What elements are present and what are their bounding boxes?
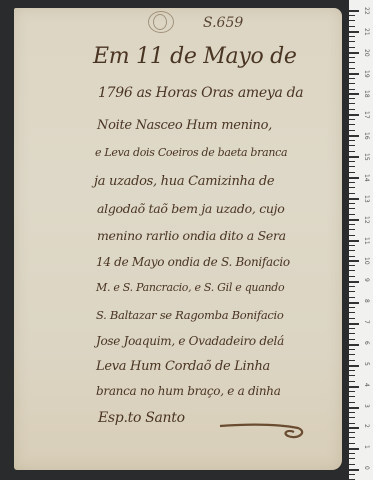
ruler-minor-tick xyxy=(349,109,355,110)
ruler-minor-tick xyxy=(349,15,355,16)
ruler-minor-tick xyxy=(349,453,355,454)
text-line: 14 de Mayo ondia de S. Bonifacio xyxy=(96,255,290,269)
ruler-major-tick xyxy=(349,365,359,367)
ruler-minor-tick xyxy=(349,36,355,37)
ruler-major-tick xyxy=(349,31,359,33)
ruler-minor-tick xyxy=(349,203,355,204)
ruler-minor-tick xyxy=(349,328,355,329)
ruler-minor-tick xyxy=(349,370,355,371)
ruler-minor-tick xyxy=(349,229,355,230)
ruler-minor-tick xyxy=(349,256,355,257)
text-line: menino rarlio ondia dito a Sera xyxy=(97,228,286,243)
ruler-major-tick xyxy=(349,427,359,429)
ruler-minor-tick xyxy=(349,360,355,361)
ruler-minor-tick xyxy=(349,130,355,131)
ruler-minor-tick xyxy=(349,423,355,424)
ruler-minor-tick xyxy=(349,172,355,173)
ruler-minor-tick xyxy=(349,312,355,313)
ruler-minor-tick xyxy=(349,396,355,397)
ruler-minor-tick xyxy=(349,235,355,236)
measurement-ruler: 222120191817161514131211109876543210 xyxy=(349,0,373,480)
ruler-minor-tick xyxy=(349,391,355,392)
ruler-minor-tick xyxy=(349,26,355,27)
ruler-minor-tick xyxy=(349,83,355,84)
ruler-label: 19 xyxy=(363,70,370,82)
text-line: S. Baltazar se Ragomba Bonifacio xyxy=(96,308,284,322)
text-line: Esp.to Santo xyxy=(98,410,185,426)
ruler-minor-tick xyxy=(349,307,355,308)
ruler-minor-tick xyxy=(349,276,355,277)
ruler-label: 1 xyxy=(363,445,370,457)
ruler-minor-tick xyxy=(349,291,355,292)
ruler-major-tick xyxy=(349,260,359,262)
ruler-label: 16 xyxy=(363,132,370,144)
ruler-minor-tick xyxy=(349,437,355,438)
ruler-major-tick xyxy=(349,240,359,242)
ruler-label: 6 xyxy=(363,341,370,353)
text-line: 1796 as Horas Oras ameya da xyxy=(98,85,303,101)
ruler-label: 21 xyxy=(363,28,370,40)
text-line: ja uzados, hua Camizinha de xyxy=(94,174,274,189)
ruler-minor-tick xyxy=(349,333,355,334)
ruler-major-tick xyxy=(349,302,359,304)
ruler-major-tick xyxy=(349,52,359,54)
ruler-major-tick xyxy=(349,448,359,450)
monogram-stamp-icon xyxy=(148,11,174,33)
ruler-major-tick xyxy=(349,219,359,221)
ruler-minor-tick xyxy=(349,245,355,246)
text-line: M. e S. Pancracio, e S. Gil e quando xyxy=(96,281,284,294)
ruler-label: 10 xyxy=(363,257,370,269)
ruler-major-tick xyxy=(349,114,359,116)
ruler-label: 3 xyxy=(363,404,370,416)
text-line: Em 11 de Mayo de xyxy=(93,44,297,69)
ruler-label: 22 xyxy=(363,7,370,19)
ruler-label: 2 xyxy=(363,424,370,436)
ruler-minor-tick xyxy=(349,98,355,99)
ruler-minor-tick xyxy=(349,224,355,225)
ruler-minor-tick xyxy=(349,318,355,319)
ruler-minor-tick xyxy=(349,250,355,251)
ruler-major-tick xyxy=(349,93,359,95)
ruler-label: 18 xyxy=(363,90,370,102)
ruler-minor-tick xyxy=(349,474,355,475)
ruler-major-tick xyxy=(349,323,359,325)
text-line: branca no hum braço, e a dinha xyxy=(96,384,281,398)
ruler-label: 12 xyxy=(363,216,370,228)
text-line: e Leva dois Coeiros de baeta branca xyxy=(95,146,287,159)
ruler-minor-tick xyxy=(349,443,355,444)
ruler-label: 5 xyxy=(363,362,370,374)
ruler-minor-tick xyxy=(349,375,355,376)
ruler-minor-tick xyxy=(349,193,355,194)
ruler-label: 20 xyxy=(363,49,370,61)
ruler-minor-tick xyxy=(349,208,355,209)
ruler-minor-tick xyxy=(349,417,355,418)
ruler-label: 8 xyxy=(363,299,370,311)
ruler-major-tick xyxy=(349,281,359,283)
ruler-minor-tick xyxy=(349,339,355,340)
ruler-label: 14 xyxy=(363,174,370,186)
ruler-minor-tick xyxy=(349,182,355,183)
ruler-label: 7 xyxy=(363,320,370,332)
ruler-minor-tick xyxy=(349,47,355,48)
ruler-major-tick xyxy=(349,135,359,137)
ruler-minor-tick xyxy=(349,402,355,403)
ruler-minor-tick xyxy=(349,270,355,271)
ruler-minor-tick xyxy=(349,412,355,413)
ruler-minor-tick xyxy=(349,354,355,355)
text-line: algodaõ taõ bem ja uzado, cujo xyxy=(97,201,284,216)
ruler-label: 4 xyxy=(363,383,370,395)
ruler-major-tick xyxy=(349,10,359,12)
text-line: Leva Hum Cordaõ de Linha xyxy=(96,359,270,374)
ruler-minor-tick xyxy=(349,464,355,465)
ruler-major-tick xyxy=(349,386,359,388)
ruler-minor-tick xyxy=(349,151,355,152)
ruler-label: 17 xyxy=(363,111,370,123)
ruler-minor-tick xyxy=(349,214,355,215)
ruler-label: 0 xyxy=(363,466,370,478)
ruler-label: 11 xyxy=(363,237,370,249)
ruler-minor-tick xyxy=(349,458,355,459)
ruler-minor-tick xyxy=(349,20,355,21)
ruler-minor-tick xyxy=(349,140,355,141)
ruler-minor-tick xyxy=(349,161,355,162)
ruler-minor-tick xyxy=(349,187,355,188)
ruler-major-tick xyxy=(349,73,359,75)
ruler-minor-tick xyxy=(349,166,355,167)
ruler-minor-tick xyxy=(349,432,355,433)
ruler-minor-tick xyxy=(349,124,355,125)
ruler-minor-tick xyxy=(349,62,355,63)
ruler-major-tick xyxy=(349,177,359,179)
ruler-minor-tick xyxy=(349,78,355,79)
ruler-minor-tick xyxy=(349,265,355,266)
folio-number: S.659 xyxy=(203,15,243,31)
ruler-minor-tick xyxy=(349,103,355,104)
ruler-label: 9 xyxy=(363,278,370,290)
ruler-minor-tick xyxy=(349,57,355,58)
ruler-minor-tick xyxy=(349,68,355,69)
text-line: Jose Joaquim, e Ovadadeiro delá xyxy=(96,334,284,348)
ruler-label: 15 xyxy=(363,153,370,165)
ruler-minor-tick xyxy=(349,297,355,298)
ruler-minor-tick xyxy=(349,119,355,120)
ruler-major-tick xyxy=(349,469,359,471)
ruler-minor-tick xyxy=(349,145,355,146)
signature-flourish-icon xyxy=(218,420,306,442)
ruler-major-tick xyxy=(349,198,359,200)
ruler-label: 13 xyxy=(363,195,370,207)
ruler-minor-tick xyxy=(349,381,355,382)
ruler-major-tick xyxy=(349,156,359,158)
ruler-major-tick xyxy=(349,344,359,346)
ruler-minor-tick xyxy=(349,286,355,287)
text-line: Noite Nasceo Hum menino, xyxy=(97,118,272,133)
ruler-minor-tick xyxy=(349,41,355,42)
ruler-major-tick xyxy=(349,407,359,409)
ruler-minor-tick xyxy=(349,349,355,350)
ruler-minor-tick xyxy=(349,89,355,90)
